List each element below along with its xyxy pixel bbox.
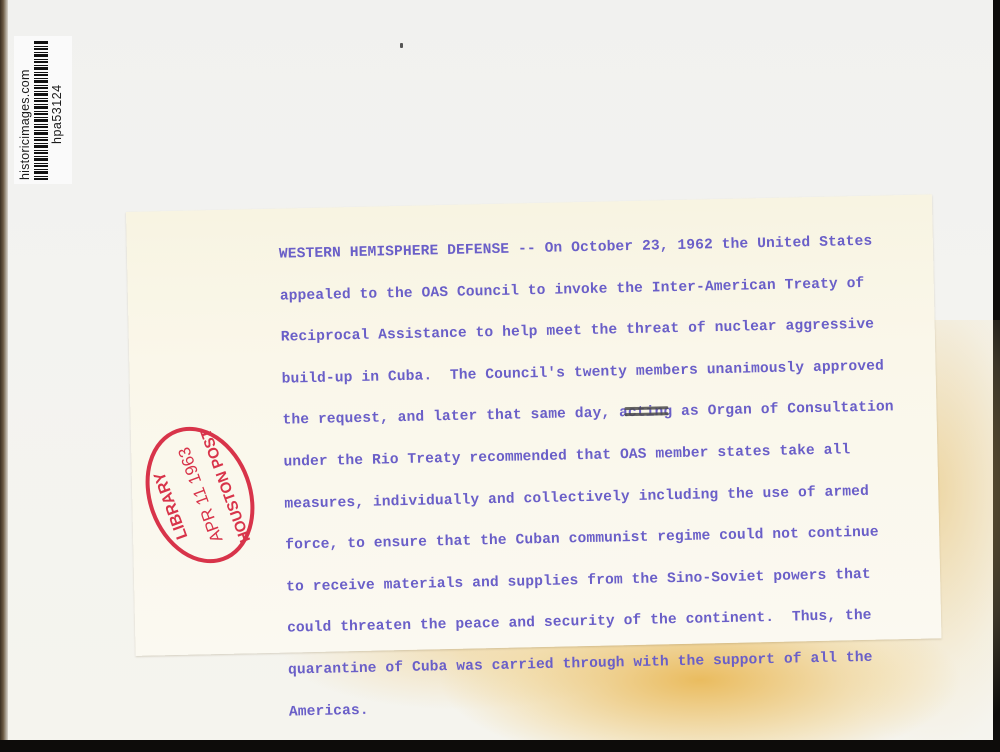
photo-back: historicimages.com hpa53124 WESTERN HEMI…	[0, 0, 993, 740]
barcode-icon	[34, 40, 48, 180]
photo-edge	[0, 0, 8, 740]
library-stamp: LIBRARY APR 11 1963 HOUSTON POST	[140, 420, 260, 570]
barcode-label: historicimages.com hpa53124	[14, 36, 72, 184]
barcode-id-text: hpa53124	[50, 84, 64, 144]
dust-speck	[400, 43, 403, 48]
stamp-oval-icon: LIBRARY APR 11 1963 HOUSTON POST	[140, 420, 260, 570]
barcode-site-text: historicimages.com	[18, 69, 32, 180]
pencil-underline-mark	[624, 406, 668, 416]
caption-text: WESTERN HEMISPHERE DEFENSE -- On October…	[279, 220, 940, 733]
